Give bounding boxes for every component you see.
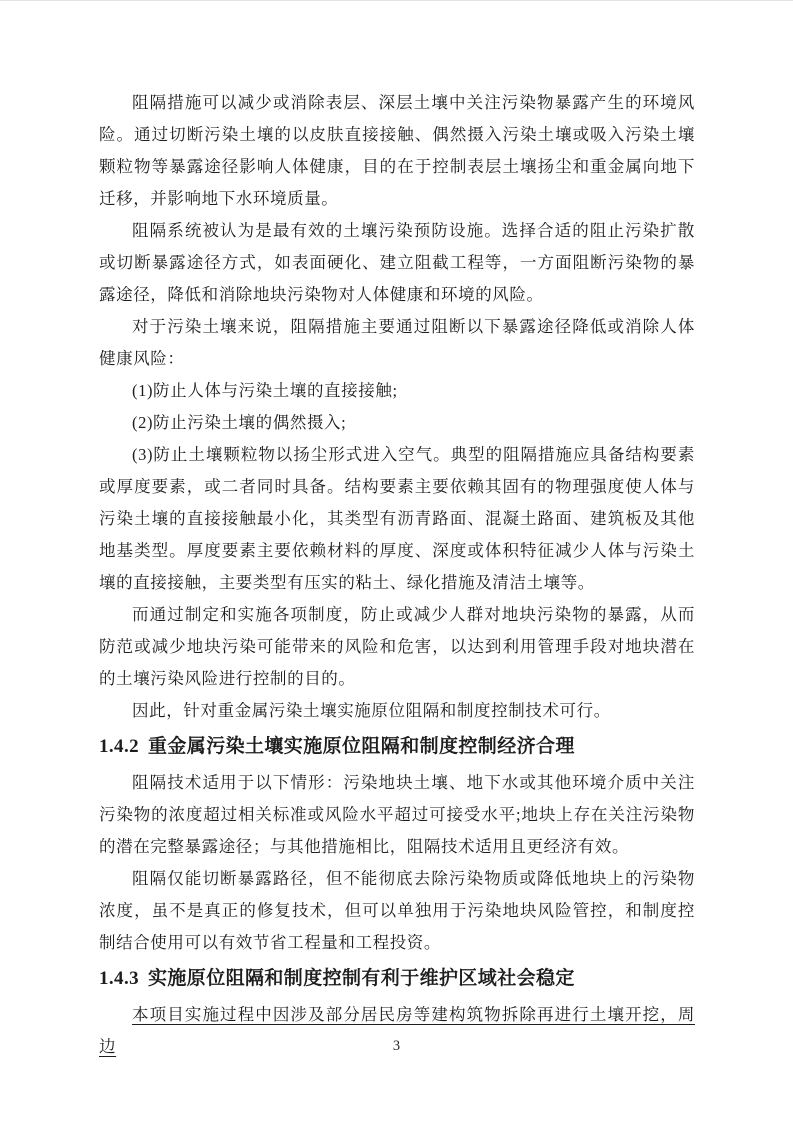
page-footer: 3: [0, 1037, 793, 1055]
section-heading-1-4-2: 1.4.2重金属污染土壤实施原位阻隔和制度控制经济合理: [99, 729, 695, 765]
paragraph-institutional-control: 而通过制定和实施各项制度，防止或减少人群对地块污染物的暴露，从而防范或减少地块污…: [99, 599, 695, 695]
list-item-2: (2)防止污染土壤的偶然摄入;: [99, 407, 695, 439]
paragraph-barrier-limitations: 阻隔仅能切断暴露路径，但不能彻底去除污染物质或降低地块上的污染物浓度，虽不是真正…: [99, 863, 695, 959]
paragraph-barrier-overview: 阻隔措施可以减少或消除表层、深层土壤中关注污染物暴露产生的环境风险。通过切断污染…: [99, 87, 695, 215]
paragraph-exposure-intro: 对于污染土壤来说，阻隔措施主要通过阻断以下暴露途径降低或消除人体健康风险：: [99, 311, 695, 375]
section-title: 重金属污染土壤实施原位阻隔和制度控制经济合理: [148, 736, 575, 757]
paragraph-barrier-applicability: 阻隔技术适用于以下情形：污染地块土壤、地下水或其他环境介质中关注污染物的浓度超过…: [99, 767, 695, 863]
paragraph-barrier-system: 阻隔系统被认为是最有效的土壤污染预防设施。选择合适的阻止污染扩散或切断暴露途径方…: [99, 215, 695, 311]
section-title: 实施原位阻隔和制度控制有利于维护区域社会稳定: [148, 968, 575, 989]
list-item-3-paragraph: (3)防止土壤颗粒物以扬尘形式进入空气。典型的阻隔措施应具备结构要素或厚度要素，…: [99, 439, 695, 599]
paragraph-conclusion-feasible: 因此，针对重金属污染土壤实施原位阻隔和制度控制技术可行。: [99, 695, 695, 727]
list-item-1: (1)防止人体与污染土壤的直接接触;: [99, 375, 695, 407]
page-number: 3: [393, 1038, 400, 1054]
section-heading-1-4-3: 1.4.3实施原位阻隔和制度控制有利于维护区域社会稳定: [99, 961, 695, 997]
document-page: 阻隔措施可以减少或消除表层、深层土壤中关注污染物暴露产生的环境风险。通过切断污染…: [0, 0, 793, 1122]
section-number: 1.4.2: [99, 736, 139, 757]
document-body: 阻隔措施可以减少或消除表层、深层土壤中关注污染物暴露产生的环境风险。通过切断污染…: [99, 87, 695, 1063]
section-number: 1.4.3: [99, 968, 139, 989]
